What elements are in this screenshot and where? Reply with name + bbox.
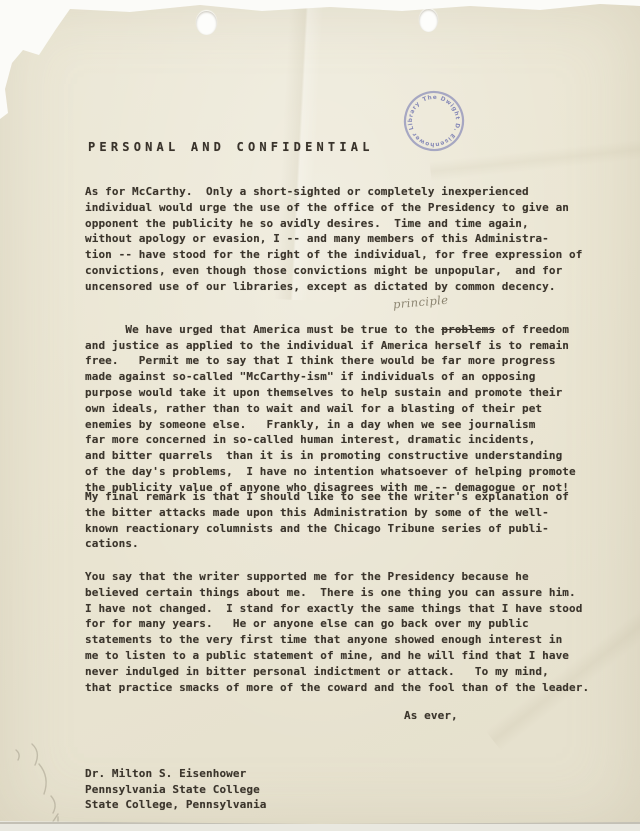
paragraph-final-remark: My final remark is that I should like to… <box>85 489 599 552</box>
paragraph-writer-support: You say that the writer supported me for… <box>85 569 599 695</box>
recipient-address-block: Dr. Milton S. Eisenhower Pennsylvania St… <box>85 766 599 813</box>
closing-salutation: As ever, <box>404 708 604 724</box>
svg-text:The Dwight D. Eisenhower Libra: The Dwight D. Eisenhower Library <box>399 86 470 157</box>
punch-hole-right <box>419 9 438 32</box>
handwritten-correction: principle <box>392 293 449 314</box>
paragraph-freedom-text-before: We have urged that America must be true … <box>125 323 441 336</box>
scanned-letter-scene: PERSONAL AND CONFIDENTIAL The Dwight D. … <box>0 0 640 831</box>
letter-page: PERSONAL AND CONFIDENTIAL The Dwight D. … <box>0 0 640 831</box>
library-stamp-icon: The Dwight D. Eisenhower Library <box>385 72 482 169</box>
struck-word: problems <box>441 323 495 336</box>
stamp-ring-text: The Dwight D. Eisenhower Library <box>399 86 470 157</box>
pencil-scribble <box>2 738 86 830</box>
punch-hole-left <box>196 11 217 35</box>
stamp-ring <box>395 82 473 160</box>
paragraph-freedom-text-after: of freedom and justice as applied to the… <box>85 323 576 494</box>
classification-heading: PERSONAL AND CONFIDENTIAL <box>88 140 374 154</box>
paragraph-mccarthy: As for McCarthy. Only a short-sighted or… <box>85 184 599 295</box>
